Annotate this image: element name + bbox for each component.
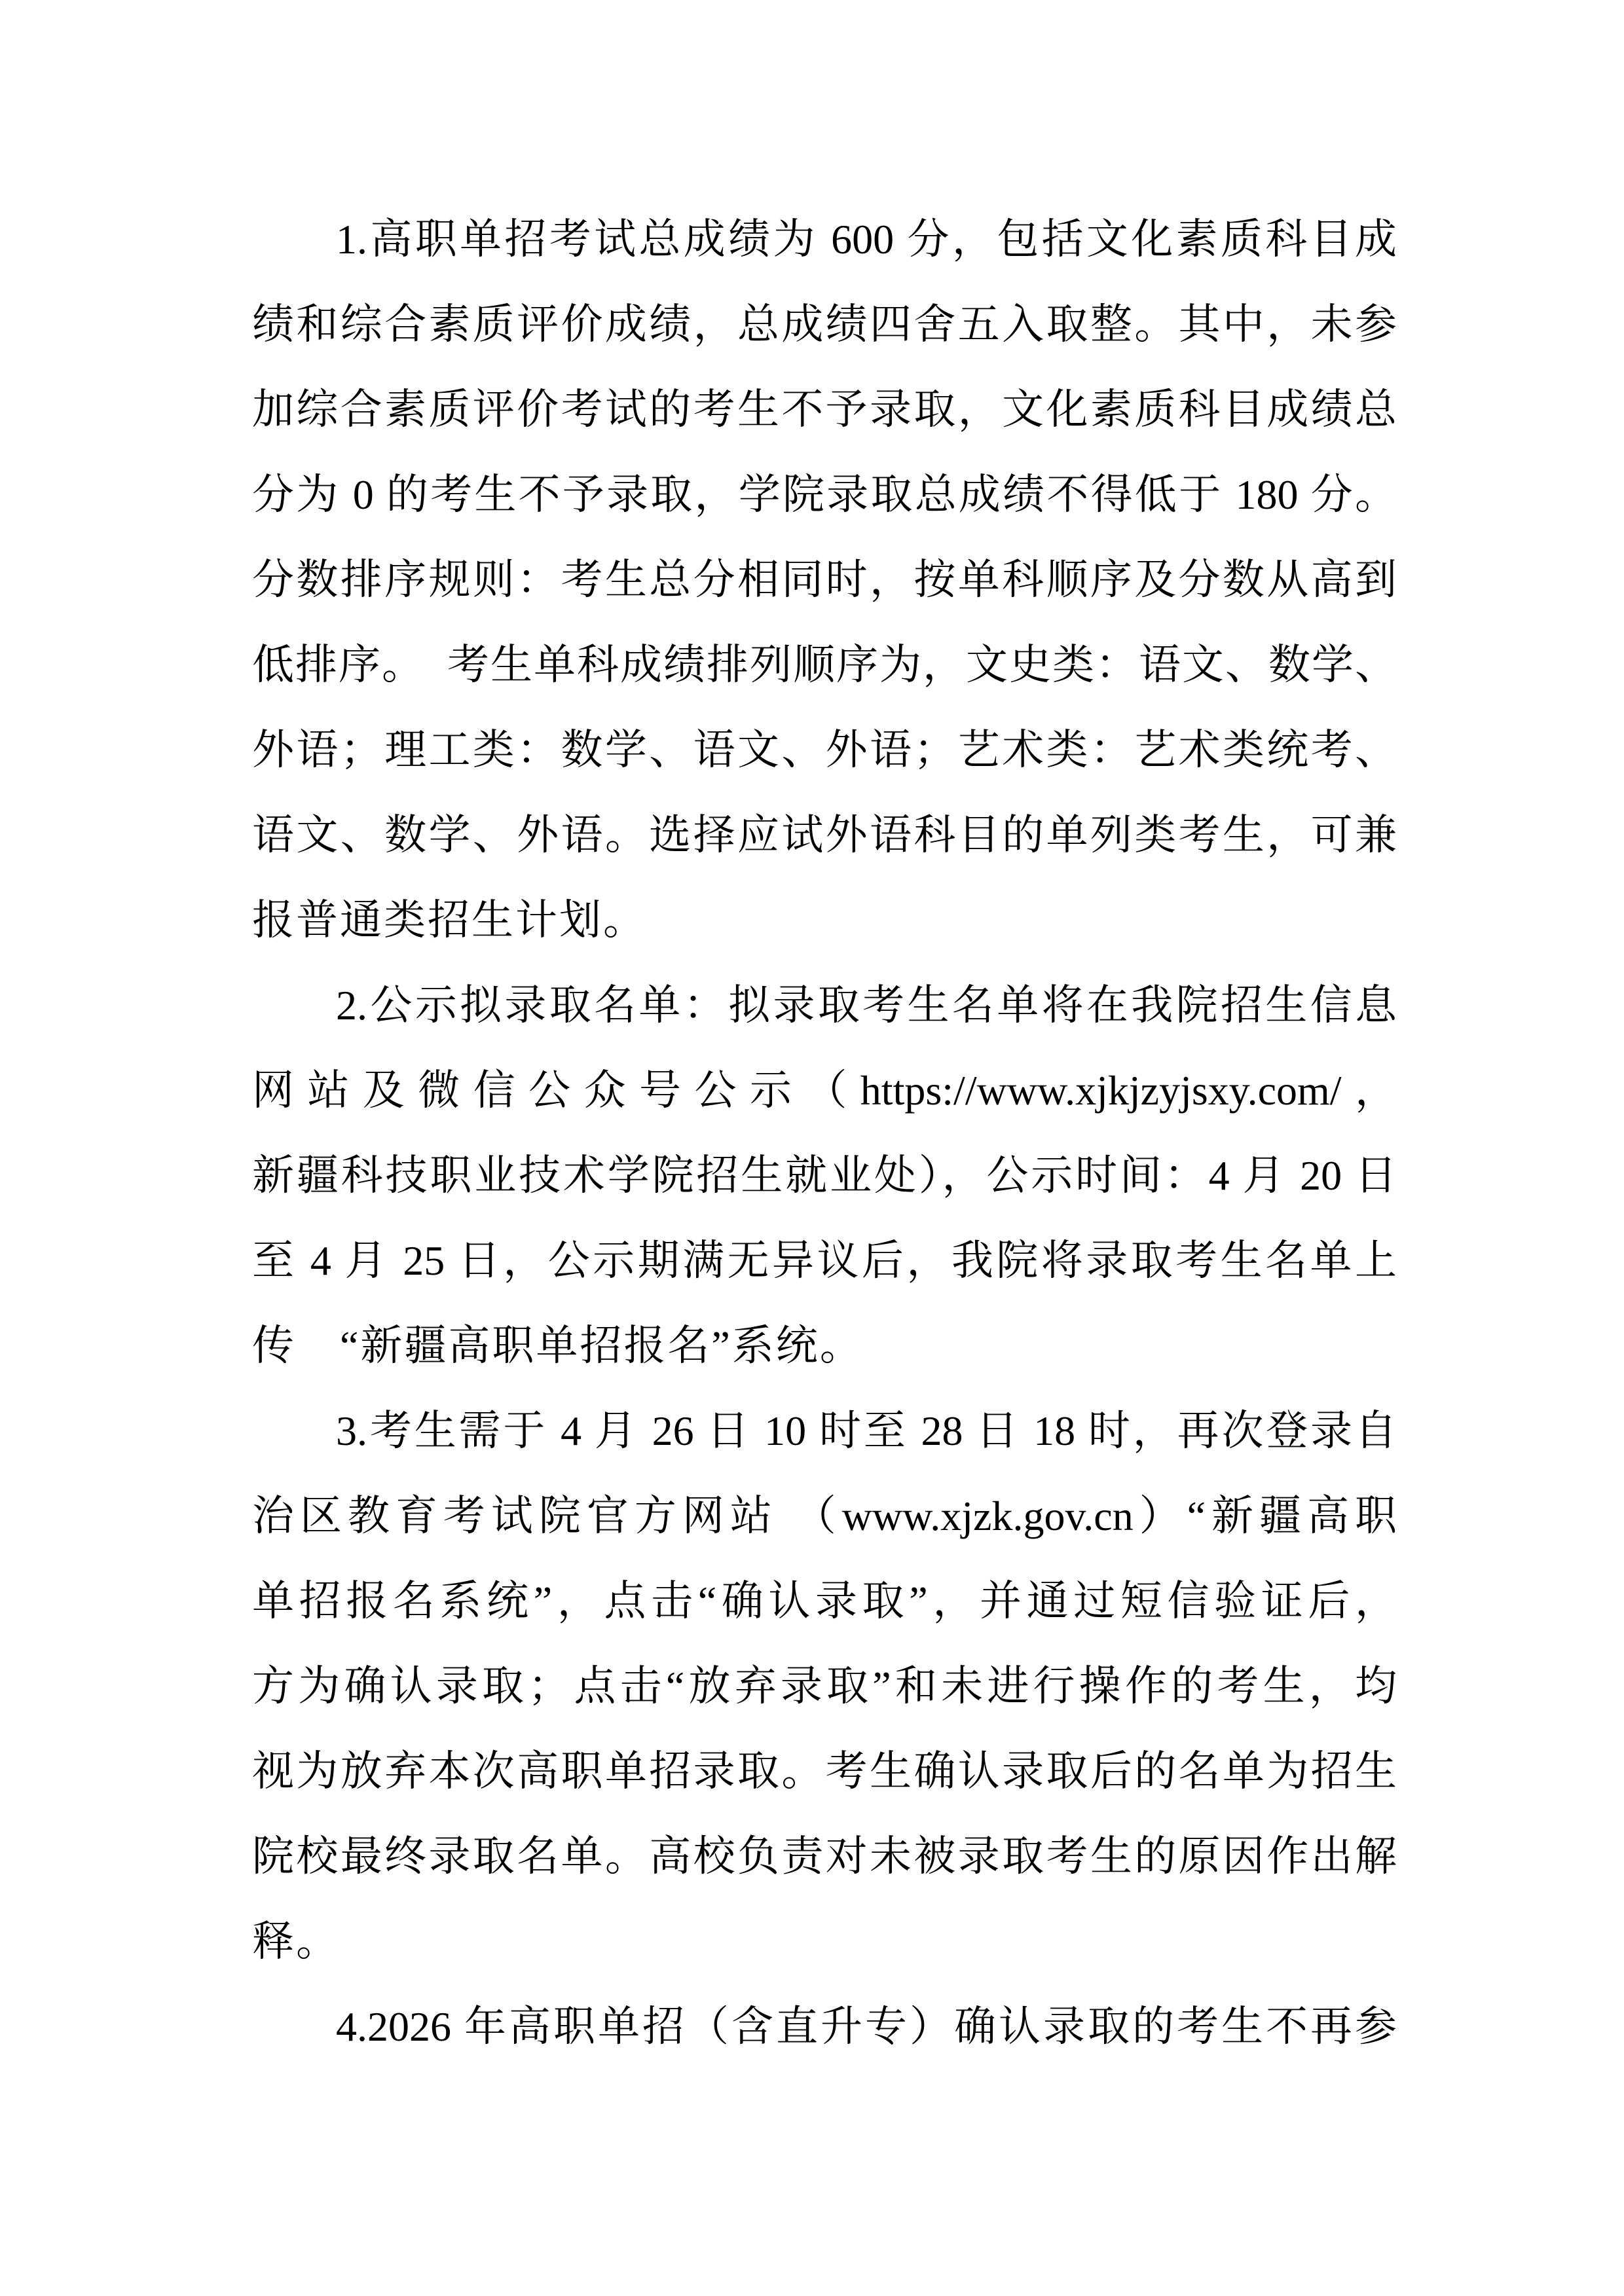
text-line: 加综合素质评价考试的考生不予录取，文化素质科目成绩总 (252, 367, 1397, 452)
text-line: 绩和综合素质评价成绩，总成绩四舍五入取整。其中，未参 (252, 282, 1397, 367)
text-line: 4.2026 年高职单招（含直升专）确认录取的考生不再参 (252, 1984, 1397, 2069)
text-line: 单招报名系统”，点击“确认录取”，并通过短信验证后， (252, 1559, 1397, 1644)
text-line: 院校最终录取名单。高校负责对未被录取考生的原因作出解 (252, 1814, 1397, 1899)
text-line: 治区教育考试院官方网站 （www.xjzk.gov.cn）“新疆高职 (252, 1474, 1397, 1559)
text-line: 低排序。 考生单科成绩排列顺序为，文史类：语文、数学、 (252, 623, 1397, 708)
text-line: 分数排序规则：考生总分相同时，按单科顺序及分数从高到 (252, 538, 1397, 623)
text-line: 2.公示拟录取名单：拟录取考生名单将在我院招生信息 (252, 963, 1397, 1048)
text-line: 新疆科技职业技术学院招生就业处），公示时间：4 月 20 日 (252, 1133, 1397, 1218)
text-line: 至 4 月 25 日，公示期满无异议后，我院将录取考生名单上 (252, 1218, 1397, 1303)
body-text: 1.高职单招考试总成绩为 600 分，包括文化素质科目成 绩和综合素质评价成绩，… (252, 197, 1397, 2069)
text-line: 语文、数学、外语。选择应试外语科目的单列类考生，可兼 (252, 793, 1397, 878)
text-line: 网站及微信公众号公示（https://www.xjkjzyjsxy.com/， (252, 1048, 1397, 1133)
text-line: 视为放弃本次高职单招录取。考生确认录取后的名单为招生 (252, 1729, 1397, 1814)
text-line: 报普通类招生计划。 (252, 878, 1397, 963)
text-line: 方为确认录取；点击“放弃录取”和未进行操作的考生，均 (252, 1644, 1397, 1729)
text-line: 传 “新疆高职单招报名”系统。 (252, 1303, 1397, 1389)
text-line: 释。 (252, 1899, 1397, 1984)
text-line: 3.考生需于 4 月 26 日 10 时至 28 日 18 时，再次登录自 (252, 1389, 1397, 1474)
text-line: 分为 0 的考生不予录取，学院录取总成绩不得低于 180 分。 (252, 452, 1397, 538)
document-page: 1.高职单招考试总成绩为 600 分，包括文化素质科目成 绩和综合素质评价成绩，… (0, 0, 1624, 2296)
text-line: 外语；理工类：数学、语文、外语；艺术类：艺术类统考、 (252, 708, 1397, 793)
text-line: 1.高职单招考试总成绩为 600 分，包括文化素质科目成 (252, 197, 1397, 282)
